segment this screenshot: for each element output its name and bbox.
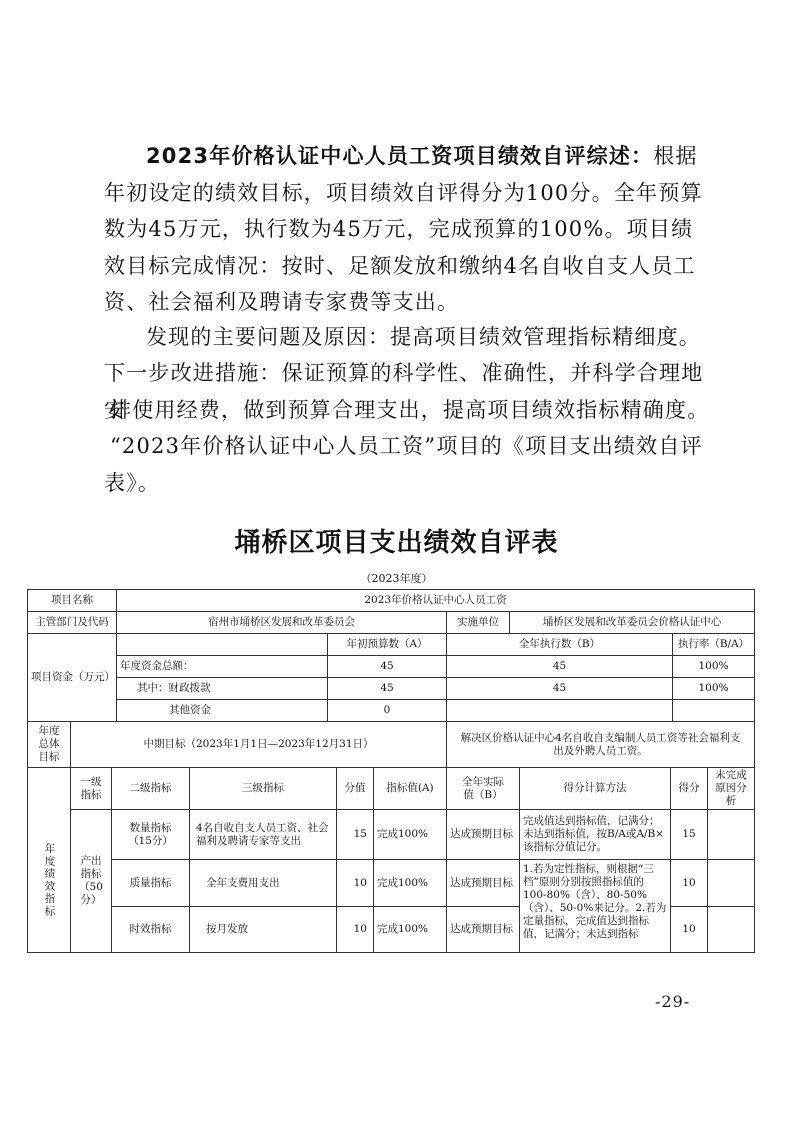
header-actual: 全年实际值（B） xyxy=(446,767,520,810)
row-level2: 质量指标 xyxy=(111,859,190,907)
problems-paragraph: 发现的主要问题及原因：提高项目绩效管理指标精细度。 xyxy=(104,319,704,356)
funds-header-rate: 执行率（B/A） xyxy=(672,633,755,656)
row-reason xyxy=(707,809,755,860)
impl-label: 实施单位 xyxy=(446,611,510,634)
project-name-label: 项目名称 xyxy=(27,589,117,612)
summary-paragraph: 2023年价格认证中心人员工资项目绩效自评综述：根据年初设定的绩效目标，项目绩效… xyxy=(104,138,704,321)
header-method: 得分计算方法 xyxy=(519,767,671,810)
row-score: 15 xyxy=(670,809,708,860)
header-target: 指标值(A) xyxy=(373,767,447,810)
funds-row-rate xyxy=(672,699,755,722)
funds-row-executed: 45 xyxy=(446,655,673,678)
row-target: 完成100% xyxy=(373,906,447,953)
page-number: -29- xyxy=(655,992,690,1011)
form-title: 埇桥区项目支出绩效自评表 xyxy=(0,522,793,559)
funds-row-budget: 45 xyxy=(327,677,447,700)
funds-row-label: 其他资金 xyxy=(116,699,328,722)
funds-row-executed xyxy=(446,699,673,722)
header-level3: 三级指标 xyxy=(189,767,337,810)
header-reason: 未完成原因分析 xyxy=(707,767,755,810)
row-level3: 全年支费用支出 xyxy=(189,859,337,907)
project-name-value: 2023年价格认证中心人员工资 xyxy=(116,589,755,612)
form-year: （2023年度） xyxy=(0,570,793,586)
row-score: 10 xyxy=(670,906,708,953)
funds-header-blank xyxy=(116,633,328,656)
attachment-note: “2023年价格认证中心人员工资”项目的《项目支出绩效自评表》。 xyxy=(104,428,704,501)
summary-body: 根据年初设定的绩效目标，项目绩效自评得分为100分。全年预算数为45万元，执行数… xyxy=(104,144,703,314)
funds-row-rate: 100% xyxy=(672,677,755,700)
summary-lead: 2023年价格认证中心人员工资项目绩效自评综述： xyxy=(146,144,653,168)
row-target: 完成100% xyxy=(373,809,447,860)
dept-label: 主管部门及代码 xyxy=(27,611,117,634)
goal-label: 年度总体目标 xyxy=(27,721,71,768)
funds-row-rate: 100% xyxy=(672,655,755,678)
row-level3: 4名自收自支人员工资、社会福利及聘请专家等支出 xyxy=(189,809,337,860)
indicators-label: 年度绩效指标 xyxy=(27,809,71,953)
goal-text: 解决区价格认证中心4名自收自支编制人员工资等社会福利支出及外聘人员工资。 xyxy=(446,721,755,768)
row-method-merged: 1.若为定性指标，则根据“三档”原则分别按照指标值的100-80%（含）、80-… xyxy=(519,859,671,953)
row-method: 完成值达到指标值，记满分；未达到指标值，按B/A或A/B×该指标分值记分。 xyxy=(519,809,671,860)
funds-row-executed: 45 xyxy=(446,677,673,700)
funds-row-budget: 45 xyxy=(327,655,447,678)
row-score-value: 15 xyxy=(336,809,374,860)
row-score-value: 10 xyxy=(336,906,374,953)
level1-output: 产出指标（50分） xyxy=(70,809,112,953)
row-reason xyxy=(707,906,755,953)
funds-row-budget: 0 xyxy=(327,699,447,722)
funds-header-budget: 年初预算数（A） xyxy=(327,633,447,656)
funds-header-executed: 全年执行数（B） xyxy=(446,633,673,656)
header-score: 得分 xyxy=(670,767,708,810)
row-level3: 按月发放 xyxy=(189,906,337,953)
row-reason xyxy=(707,859,755,907)
dept-value: 宿州市埇桥区发展和改革委员会 xyxy=(116,611,447,634)
header-score-value: 分值 xyxy=(336,767,374,810)
funds-row-label: 年度资金总额： xyxy=(116,655,328,678)
row-actual: 达成预期目标 xyxy=(446,859,520,907)
header-level2: 二级指标 xyxy=(111,767,190,810)
goal-midterm: 中期目标（2023年1月1日—2023年12月31日） xyxy=(70,721,447,768)
funds-label: 项目资金（万元） xyxy=(27,633,117,722)
row-score: 10 xyxy=(670,859,708,907)
header-level1: 一级指标 xyxy=(70,767,112,810)
row-actual: 达成预期目标 xyxy=(446,906,520,953)
row-score-value: 10 xyxy=(336,859,374,907)
funds-row-label: 其中：财政拨款 xyxy=(116,677,328,700)
row-target: 完成100% xyxy=(373,859,447,907)
impl-value: 埇桥区发展和改革委员会价格认证中心 xyxy=(509,611,755,634)
next-steps-line2: 排使用经费，做到预算合理支出，提高项目绩效指标精确度。 xyxy=(110,392,710,429)
row-level2: 时效指标 xyxy=(111,906,190,953)
row-level2: 数量指标（15分） xyxy=(111,809,190,860)
row-actual: 达成预期目标 xyxy=(446,809,520,860)
